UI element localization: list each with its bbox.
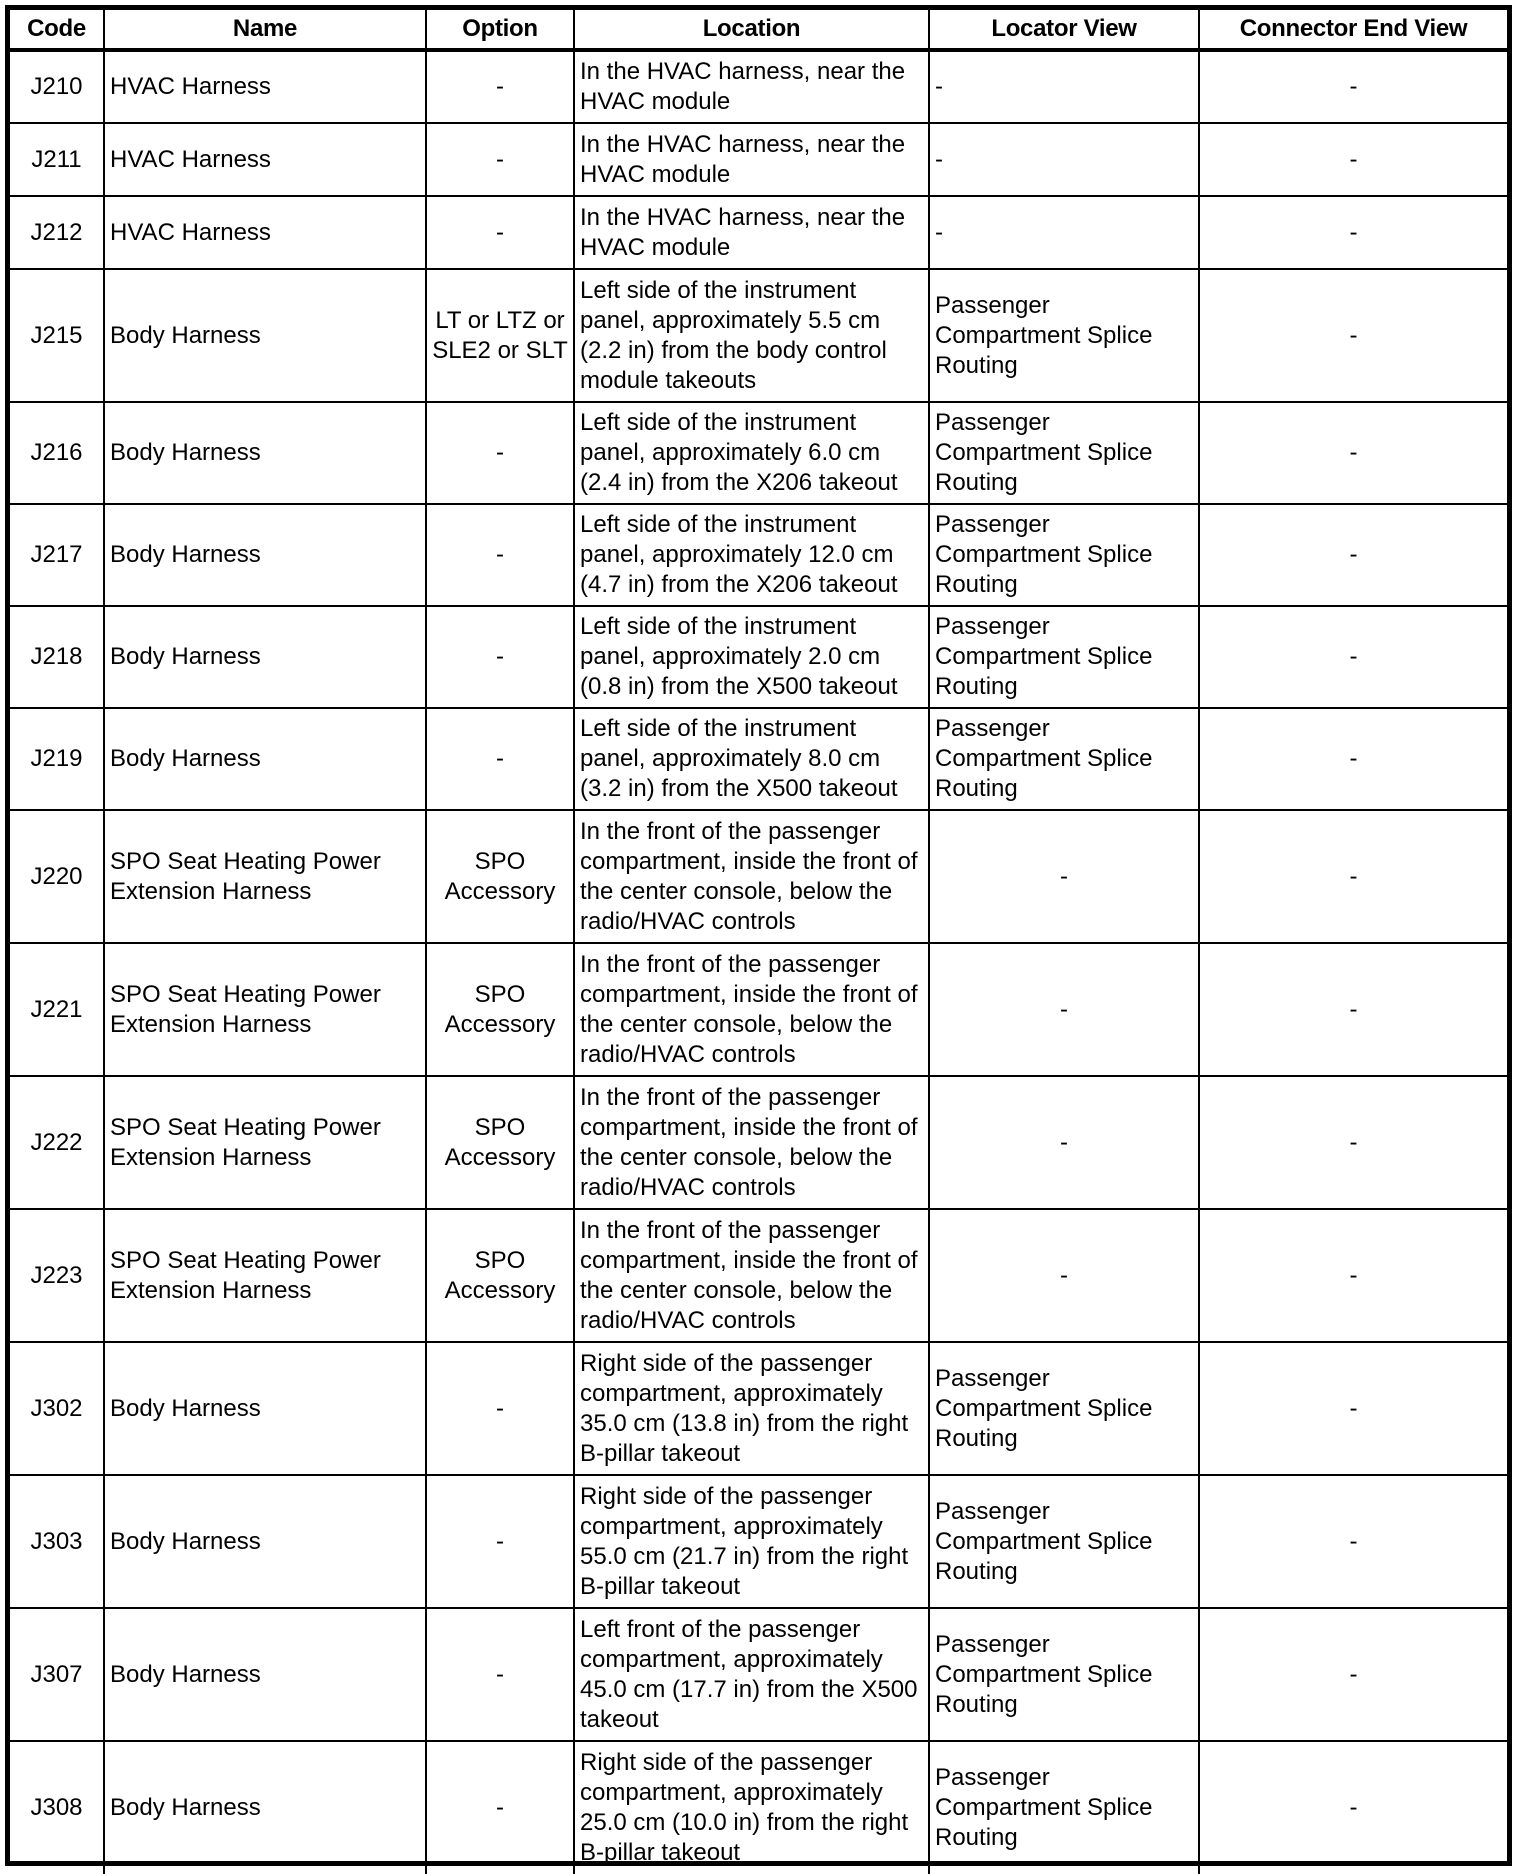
cell-option: -	[426, 1608, 574, 1741]
cell-location: Right side of the passenger compartment,…	[574, 1342, 929, 1475]
cell-name: Body Harness	[104, 1342, 426, 1475]
table-row-j302: J302 Body Harness - Right side of the pa…	[10, 1342, 1507, 1475]
cell-locator-view[interactable]: -	[929, 196, 1199, 269]
column-header-name: Name	[104, 10, 426, 50]
cell-location: Left side of the instrument panel, appro…	[574, 708, 929, 810]
cell-name: Body Harness	[104, 606, 426, 708]
cell-location: Left front of the passenger compartment,…	[574, 1608, 929, 1741]
column-header-connector-end-view: Connector End View	[1199, 10, 1507, 50]
cell-name: Body Harness	[104, 708, 426, 810]
cell-name: Body Harness	[104, 269, 426, 402]
table-row-j223: J223 SPO Seat Heating Power Extension Ha…	[10, 1209, 1507, 1342]
table-row-j307: J307 Body Harness - Left front of the pa…	[10, 1608, 1507, 1741]
cell-name: HVAC Harness	[104, 50, 426, 123]
table-row-j216: J216 Body Harness - Left side of the ins…	[10, 402, 1507, 504]
cell-location: Left side of the instrument panel, appro…	[574, 504, 929, 606]
cell-option: SPO Accessory	[426, 810, 574, 943]
cell-code: J218	[10, 606, 104, 708]
cell-locator-view[interactable]: -	[929, 810, 1199, 943]
column-header-locator-view: Locator View	[929, 10, 1199, 50]
table-row-j215: J215 Body Harness LT or LTZ or SLE2 or S…	[10, 269, 1507, 402]
table-row-j220: J220 SPO Seat Heating Power Extension Ha…	[10, 810, 1507, 943]
cell-option: -	[426, 1475, 574, 1608]
table-row-j218: J218 Body Harness - Left side of the ins…	[10, 606, 1507, 708]
cell-code: J216	[10, 402, 104, 504]
inline-connector-table-container: Code Name Option Location Locator View C…	[5, 5, 1512, 1866]
cell-option: -	[426, 123, 574, 196]
column-header-option: Option	[426, 10, 574, 50]
cell-name: SPO Seat Heating Power Extension Harness	[104, 943, 426, 1076]
cell-locator-view[interactable]: -	[929, 123, 1199, 196]
cell-locator-view[interactable]: Passenger Compartment Splice Routing	[929, 1741, 1199, 1874]
cell-connector-end-view[interactable]: -	[1199, 123, 1507, 196]
table-row-j221: J221 SPO Seat Heating Power Extension Ha…	[10, 943, 1507, 1076]
cell-locator-view[interactable]: -	[929, 943, 1199, 1076]
column-header-code: Code	[10, 10, 104, 50]
cell-name: Body Harness	[104, 1475, 426, 1608]
cell-connector-end-view[interactable]: -	[1199, 708, 1507, 810]
cell-code: J307	[10, 1608, 104, 1741]
table-row-j212: J212 HVAC Harness - In the HVAC harness,…	[10, 196, 1507, 269]
cell-locator-view[interactable]: Passenger Compartment Splice Routing	[929, 1475, 1199, 1608]
cell-code: J217	[10, 504, 104, 606]
cell-code: J223	[10, 1209, 104, 1342]
table-row-j210: J210 HVAC Harness - In the HVAC harness,…	[10, 50, 1507, 123]
cell-connector-end-view[interactable]: -	[1199, 943, 1507, 1076]
cell-locator-view[interactable]: Passenger Compartment Splice Routing	[929, 1608, 1199, 1741]
cell-locator-view[interactable]: Passenger Compartment Splice Routing	[929, 708, 1199, 810]
cell-option: SPO Accessory	[426, 943, 574, 1076]
cell-name: Body Harness	[104, 1608, 426, 1741]
cell-option: -	[426, 1741, 574, 1874]
cell-connector-end-view[interactable]: -	[1199, 1741, 1507, 1874]
cell-location: In the HVAC harness, near the HVAC modul…	[574, 196, 929, 269]
cell-code: J221	[10, 943, 104, 1076]
cell-locator-view[interactable]: Passenger Compartment Splice Routing	[929, 402, 1199, 504]
cell-name: SPO Seat Heating Power Extension Harness	[104, 1076, 426, 1209]
cell-location: In the front of the passenger compartmen…	[574, 810, 929, 943]
cell-code: J211	[10, 123, 104, 196]
cell-name: HVAC Harness	[104, 123, 426, 196]
cell-option: -	[426, 50, 574, 123]
cell-option: -	[426, 1342, 574, 1475]
table-row-j303: J303 Body Harness - Right side of the pa…	[10, 1475, 1507, 1608]
cell-locator-view[interactable]: -	[929, 1076, 1199, 1209]
table-row-j217: J217 Body Harness - Left side of the ins…	[10, 504, 1507, 606]
cell-name: SPO Seat Heating Power Extension Harness	[104, 810, 426, 943]
cell-location: Right side of the passenger compartment,…	[574, 1741, 929, 1874]
cell-location: In the HVAC harness, near the HVAC modul…	[574, 50, 929, 123]
cell-name: SPO Seat Heating Power Extension Harness	[104, 1209, 426, 1342]
cell-location: In the HVAC harness, near the HVAC modul…	[574, 123, 929, 196]
cell-name: Body Harness	[104, 1741, 426, 1874]
cell-location: Left side of the instrument panel, appro…	[574, 269, 929, 402]
cell-location: Left side of the instrument panel, appro…	[574, 402, 929, 504]
cell-connector-end-view[interactable]: -	[1199, 1209, 1507, 1342]
table-row-j222: J222 SPO Seat Heating Power Extension Ha…	[10, 1076, 1507, 1209]
cell-connector-end-view[interactable]: -	[1199, 50, 1507, 123]
cell-connector-end-view[interactable]: -	[1199, 269, 1507, 402]
cell-option: SPO Accessory	[426, 1209, 574, 1342]
table-body: J210 HVAC Harness - In the HVAC harness,…	[10, 50, 1507, 1874]
cell-option: SPO Accessory	[426, 1076, 574, 1209]
table-row-j219: J219 Body Harness - Left side of the ins…	[10, 708, 1507, 810]
cell-name: Body Harness	[104, 504, 426, 606]
cell-locator-view[interactable]: Passenger Compartment Splice Routing	[929, 1342, 1199, 1475]
cell-code: J308	[10, 1741, 104, 1874]
cell-name: Body Harness	[104, 402, 426, 504]
cell-code: J222	[10, 1076, 104, 1209]
cell-option: LT or LTZ or SLE2 or SLT	[426, 269, 574, 402]
table-row-j308: J308 Body Harness - Right side of the pa…	[10, 1741, 1507, 1874]
cell-option: -	[426, 504, 574, 606]
cell-connector-end-view[interactable]: -	[1199, 504, 1507, 606]
cell-locator-view[interactable]: -	[929, 50, 1199, 123]
cell-locator-view[interactable]: -	[929, 1209, 1199, 1342]
cell-code: J219	[10, 708, 104, 810]
cell-option: -	[426, 196, 574, 269]
cell-connector-end-view[interactable]: -	[1199, 1608, 1507, 1741]
cell-location: Right side of the passenger compartment,…	[574, 1475, 929, 1608]
cell-code: J210	[10, 50, 104, 123]
cell-connector-end-view[interactable]: -	[1199, 606, 1507, 708]
table-row-j211: J211 HVAC Harness - In the HVAC harness,…	[10, 123, 1507, 196]
cell-connector-end-view[interactable]: -	[1199, 810, 1507, 943]
column-header-location: Location	[574, 10, 929, 50]
cell-code: J215	[10, 269, 104, 402]
cell-connector-end-view[interactable]: -	[1199, 1076, 1507, 1209]
cell-code: J302	[10, 1342, 104, 1475]
cell-option: -	[426, 402, 574, 504]
cell-locator-view[interactable]: Passenger Compartment Splice Routing	[929, 504, 1199, 606]
cell-name: HVAC Harness	[104, 196, 426, 269]
cell-code: J212	[10, 196, 104, 269]
cell-option: -	[426, 708, 574, 810]
inline-connector-table: Code Name Option Location Locator View C…	[10, 10, 1507, 1874]
cell-connector-end-view[interactable]: -	[1199, 1342, 1507, 1475]
cell-locator-view[interactable]: Passenger Compartment Splice Routing	[929, 606, 1199, 708]
cell-connector-end-view[interactable]: -	[1199, 196, 1507, 269]
cell-location: Left side of the instrument panel, appro…	[574, 606, 929, 708]
cell-connector-end-view[interactable]: -	[1199, 1475, 1507, 1608]
cell-connector-end-view[interactable]: -	[1199, 402, 1507, 504]
cell-location: In the front of the passenger compartmen…	[574, 943, 929, 1076]
cell-option: -	[426, 606, 574, 708]
table-header-row: Code Name Option Location Locator View C…	[10, 10, 1507, 50]
cell-locator-view[interactable]: Passenger Compartment Splice Routing	[929, 269, 1199, 402]
cell-code: J303	[10, 1475, 104, 1608]
cell-location: In the front of the passenger compartmen…	[574, 1209, 929, 1342]
cell-location: In the front of the passenger compartmen…	[574, 1076, 929, 1209]
cell-code: J220	[10, 810, 104, 943]
